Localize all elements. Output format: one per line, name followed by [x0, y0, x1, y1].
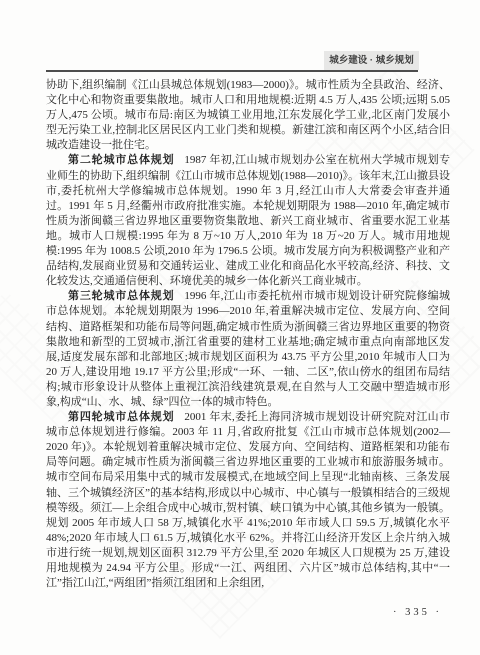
paragraph-heading: 第四轮城市总体规划: [68, 411, 174, 423]
paragraph-text: 协助下,组织编制《江山县城总体规划(1983—2000)》。城市性质为全县政治、…: [46, 79, 450, 151]
book-page: 城乡建设 · 城乡规划 协助下,组织编制《江山县城总体规划(1983—2000)…: [0, 0, 480, 655]
paragraph-heading: 第三轮城市总体规划: [68, 290, 174, 302]
paragraph-text: 1987 年初,江山城市规划办公室在杭州大学城市规划专业师生的协助下,组织编制《…: [46, 154, 450, 287]
paragraph-continuation: 协助下,组织编制《江山县城总体规划(1983—2000)》。城市性质为全县政治、…: [46, 78, 450, 153]
paragraph-text: 1996 年,江山市委托杭州市城市规划设计研究院修编城市总体规划。本轮规划期限为…: [46, 290, 450, 408]
paragraph-text: 2001 年末,委托上海同济城市规划设计研究院对江山市城市总体规划进行修编。20…: [46, 411, 450, 589]
paragraph-round-4: 第四轮城市总体规划2001 年末,委托上海同济城市规划设计研究院对江山市城市总体…: [46, 410, 450, 591]
section-header-badge: 城乡建设 · 城乡规划: [324, 51, 419, 70]
paragraph-round-2: 第二轮城市总体规划1987 年初,江山城市规划办公室在杭州大学城市规划专业师生的…: [46, 153, 450, 289]
paragraph-round-3: 第三轮城市总体规划1996 年,江山市委托杭州市城市规划设计研究院修编城市总体规…: [46, 289, 450, 410]
page-number: · 335 ·: [393, 607, 442, 618]
header-rule: [46, 70, 418, 72]
page-body: 协助下,组织编制《江山县城总体规划(1983—2000)》。城市性质为全县政治、…: [46, 78, 450, 591]
paragraph-heading: 第二轮城市总体规划: [68, 154, 174, 166]
